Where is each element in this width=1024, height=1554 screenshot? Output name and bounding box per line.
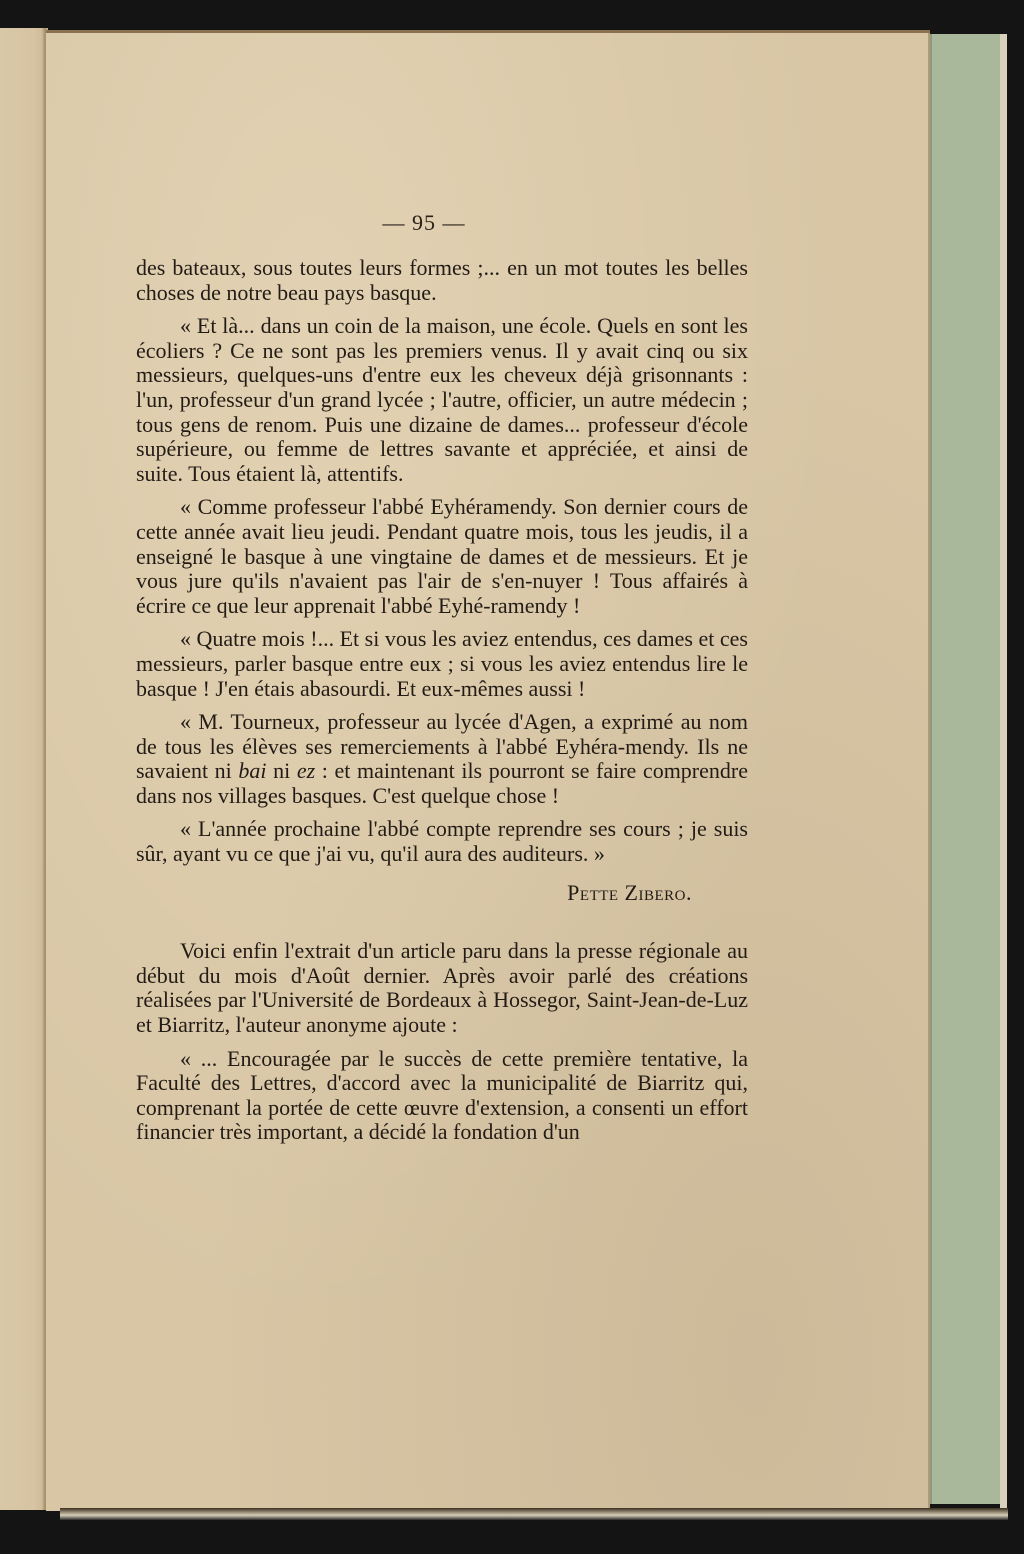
paragraph: « ... Encouragée par le succès de cette … <box>136 1047 748 1145</box>
italic-word-ez: ez <box>297 758 315 783</box>
cover-outer-edge <box>1000 34 1007 1514</box>
paragraph-with-italics: « M. Tourneux, professeur au lycée d'Age… <box>136 710 748 808</box>
page-bottom-edge <box>60 1508 1008 1520</box>
facing-page-edge <box>0 28 48 1510</box>
paragraph: Voici enfin l'extrait d'un article paru … <box>136 939 748 1037</box>
page-number: — 95 — <box>0 210 936 236</box>
paragraph: « Comme professeur l'abbé Eyhéramendy. S… <box>136 495 748 618</box>
paragraph: « Et là... dans un coin de la maison, un… <box>136 314 748 486</box>
italic-word-bai: bai <box>238 758 266 783</box>
green-cover-edge <box>930 34 1006 1504</box>
author-signature: Pette Zibero. <box>136 881 692 906</box>
paragraph: des bateaux, sous toutes leurs formes ;.… <box>136 256 748 305</box>
paragraph: « L'année prochaine l'abbé compte repren… <box>136 817 748 866</box>
paragraph: « Quatre mois !... Et si vous les aviez … <box>136 627 748 701</box>
text-run: ni <box>267 758 297 783</box>
page-body-text: des bateaux, sous toutes leurs formes ;.… <box>136 256 748 1154</box>
